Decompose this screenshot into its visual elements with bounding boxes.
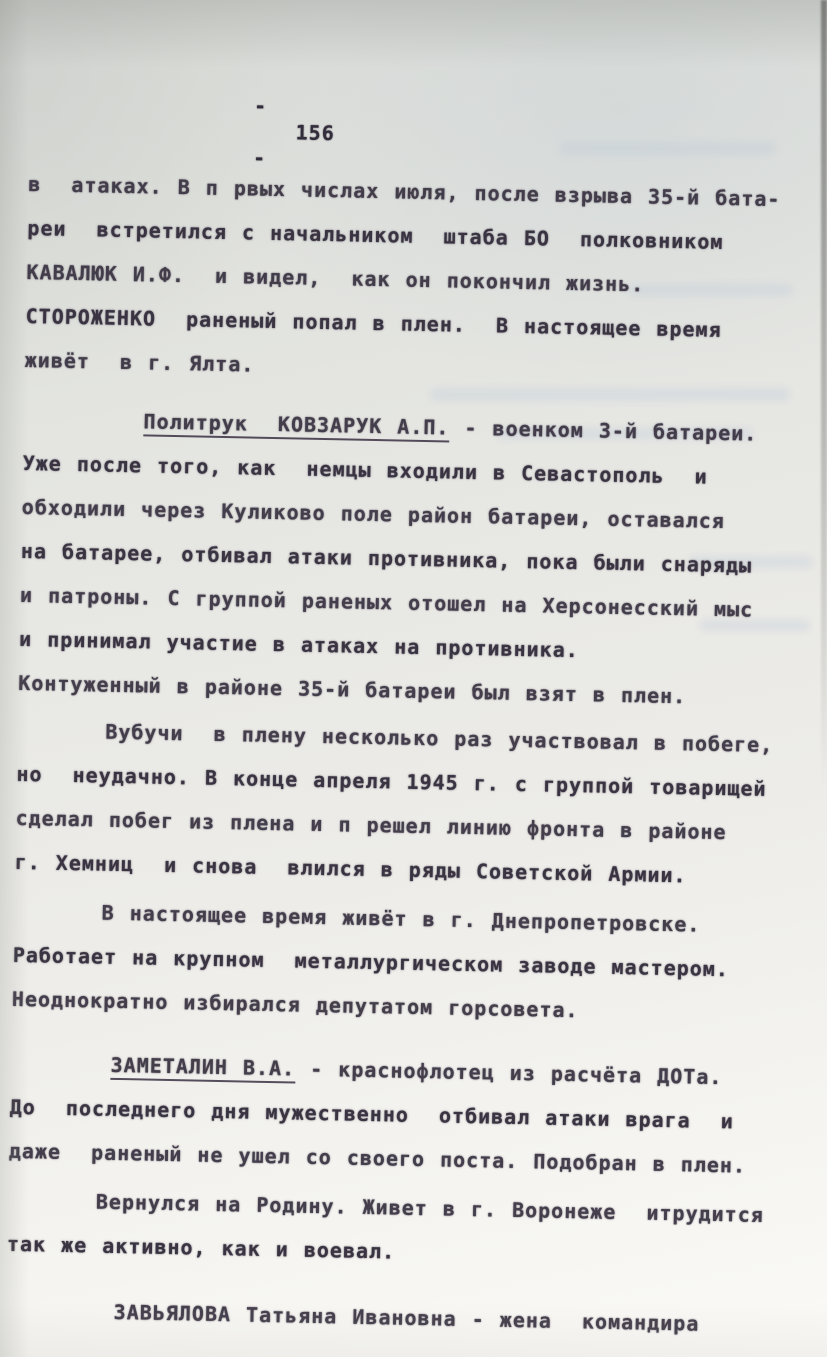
paragraph: в атаках. В п рвых числах июля, после вз… bbox=[24, 162, 827, 399]
paragraph: Вубучи в плену несколько раз участвовал … bbox=[14, 708, 827, 901]
page-number: - 156 - bbox=[176, 65, 827, 105]
text-segment: сделал побег из плена и п решел линию фр… bbox=[15, 806, 727, 844]
text-segment: КАВАЛЮК И.Ф. и видел, как он покончил жи… bbox=[26, 260, 644, 296]
text-segment: на батарее, отбивал атаки противника, по… bbox=[21, 539, 753, 578]
text-segment: СТОРОЖЕНКО раненый попал в плен. В насто… bbox=[25, 304, 721, 342]
text-segment: Работает на крупном металлургическом зав… bbox=[13, 943, 730, 981]
text-segment: Вернулся на Родину. Живет в г. Воронеже … bbox=[96, 1190, 764, 1227]
text-segment: Контуженный в районе 35-й батареи был вз… bbox=[18, 671, 686, 708]
text-segment: ЗАВЬЯЛОВА Татьяна Ивановна - жена команд… bbox=[113, 1300, 699, 1336]
paragraph: Политрук КОВЗАРУК А.П. - военком 3-й бат… bbox=[18, 397, 827, 722]
text-segment: в атаках. В п рвых числах июля, после вз… bbox=[28, 172, 781, 211]
paragraph: Вернулся на Родину. Живет в г. Воронеже … bbox=[7, 1178, 827, 1283]
paragraph: ЗАМЕТАЛИН В.А. - краснофлотец из расчёта… bbox=[8, 1041, 827, 1190]
text-segment: обходили через Куликово поле район батар… bbox=[22, 495, 726, 533]
text-segment: - военком 3-й батареи. bbox=[449, 416, 757, 446]
text-segment: Уже после того, как немцы входили в Сева… bbox=[22, 451, 707, 489]
page-number-left-dash: - bbox=[254, 94, 268, 118]
text-segment: живёт в г. Ялта. bbox=[25, 348, 255, 377]
typewritten-area: - 156 - в атаках. В п рвых числах июля, … bbox=[0, 0, 827, 1348]
text-line: ЗАВЬЯЛОВА Татьяна Ивановна - жена команд… bbox=[5, 1288, 827, 1349]
text-segment: но неудачно. В конце апреля 1945 г. с гр… bbox=[16, 762, 767, 801]
paragraph: ЗАВЬЯЛОВА Татьяна Ивановна - жена команд… bbox=[5, 1288, 827, 1349]
text-segment: так же активно, как и воевал. bbox=[7, 1232, 396, 1264]
paragraph: В настоящее время живёт в г. Днепропетро… bbox=[12, 889, 827, 1038]
text-segment: и патроны. С группой раненых отошел на Х… bbox=[20, 583, 754, 622]
text-segment: реи встретился с начальником штаба БО по… bbox=[27, 216, 723, 254]
text-segment: Неоднократно избирался депутатом горсове… bbox=[12, 987, 579, 1022]
text-segment: Вубучи в плену несколько раз участвовал … bbox=[105, 720, 773, 757]
page-number-value: 156 bbox=[295, 120, 335, 145]
underlined-name: Политрук КОВЗАРУК А.П. bbox=[143, 409, 449, 442]
text-segment: г. Хемниц и снова влился в ряды Советско… bbox=[14, 850, 686, 887]
text-body: в атаках. В п рвых числах июля, после вз… bbox=[0, 161, 827, 1348]
text-segment: До последнего дня мужественно отбивал ат… bbox=[10, 1095, 735, 1134]
text-segment: и принимал участие в атаках на противник… bbox=[19, 627, 579, 662]
scanned-page: - 156 - в атаках. В п рвых числах июля, … bbox=[0, 0, 827, 1357]
text-segment: - краснофлотец из расчёта ДОТа. bbox=[295, 1057, 723, 1090]
text-segment: даже раненый не ушел со своего поста. По… bbox=[9, 1139, 747, 1178]
text-segment: В настоящее время живёт в г. Днепропетро… bbox=[101, 901, 700, 937]
underlined-name: ЗАМЕТАЛИН В.А. bbox=[110, 1053, 295, 1084]
